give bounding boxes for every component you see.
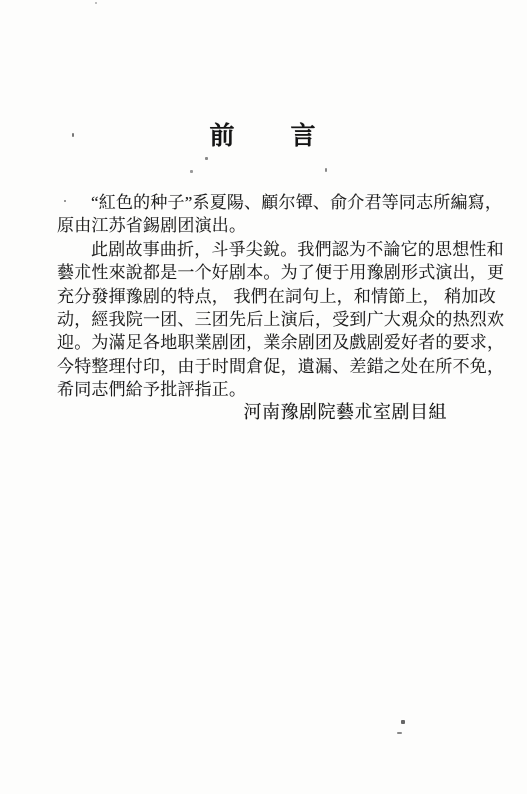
scan-speck [190,170,193,173]
scan-speck [72,133,74,137]
book-page: 前 言 “紅色的种子”系夏陽、顧尔镡、俞介君等同志所編寫， 原由江苏省錫剧团演出… [0,0,527,794]
scan-speck [95,2,97,4]
text-line: 充分發揮豫剧的特点， 我們在詞句上，和情節上， 稍加改 [57,285,475,308]
preface-text: “紅色的种子”系夏陽、顧尔镡、俞介君等同志所編寫， 原由江苏省錫剧团演出。 此剧… [57,191,475,402]
text-line: 此剧故事曲折，斗爭尖銳。我們認为不論它的思想性和 [57,238,475,261]
scan-speck [325,168,327,172]
text-line: 今特整理付印，由于时間倉促，遺漏、差錯之处在所不免， [57,355,475,378]
text-line: 原由江苏省錫剧团演出。 [57,214,475,237]
text-line: 迎。为滿足各地职業剧团，業余剧团及戲剧爱好者的要求， [57,331,475,354]
text-line: “紅色的种子”系夏陽、顧尔镡、俞介君等同志所編寫， [57,191,475,214]
scan-speck [401,720,405,724]
text-line: 藝朮性來說都是一个好剧本。为了便于用豫剧形式演出，更 [57,261,475,284]
scan-speck [64,200,66,202]
text-line: 动，經我院一团、三团先后上演后，受到广大覌众的热烈欢 [57,308,475,331]
signature-line: 河南豫剧院藝朮室剧目組 [244,398,448,424]
scan-speck [397,732,402,734]
scan-speck [205,157,208,160]
page-title: 前 言 [0,116,527,152]
